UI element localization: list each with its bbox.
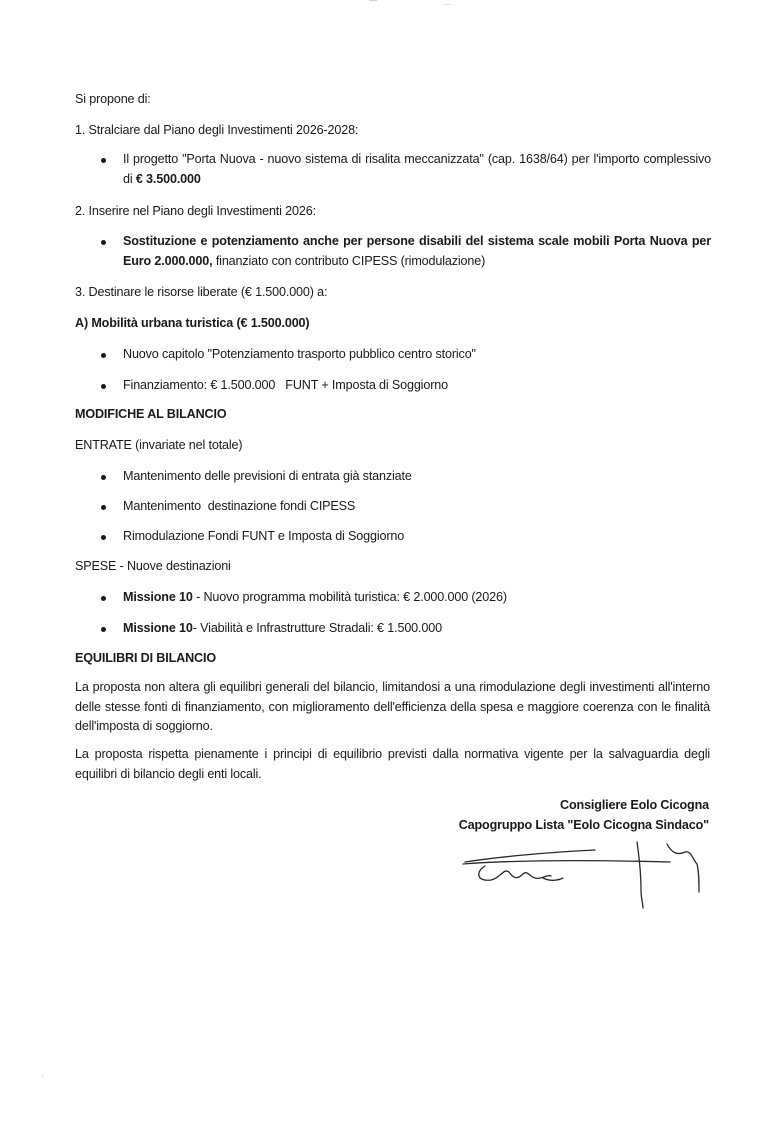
bullet-icon (101, 384, 106, 389)
handwritten-signature-icon (455, 838, 715, 913)
entrate-bullet-2: Mantenimento destinazione fondi CIPESS (123, 498, 355, 514)
bullet-icon (101, 240, 106, 245)
equilibri-heading: EQUILIBRI DI BILANCIO (75, 650, 216, 666)
entrate-label: ENTRATE (invariate nel totale) (75, 437, 242, 453)
section-1-bullet-text: Il progetto "Porta Nuova - nuovo sistema… (123, 152, 711, 186)
section-2-bullet: Sostituzione e potenziamento anche per p… (123, 232, 711, 271)
entrate-bullet-3: Rimodulazione Fondi FUNT e Imposta di So… (123, 528, 404, 544)
section-3-heading: 3. Destinare le risorse liberate (€ 1.50… (75, 284, 327, 300)
section-1-bullet-amount: € 3.500.000 (136, 172, 201, 186)
bullet-icon (101, 475, 106, 480)
spese-bullet-2-mission: Missione 10 (123, 621, 193, 635)
scan-artifact (369, 0, 377, 1)
section-1-heading: 1. Stralciare dal Piano degli Investimen… (75, 122, 358, 138)
paragraph-text: La proposta rispetta pienamente i princi… (75, 745, 710, 784)
modifiche-heading: MODIFICHE AL BILANCIO (75, 406, 226, 422)
bullet-icon (101, 627, 106, 632)
entrate-bullet-1: Mantenimento delle previsioni di entrata… (123, 468, 412, 484)
signatory-name: Consigliere Eolo Cicogna (560, 795, 709, 815)
spese-bullet-1-mission: Missione 10 (123, 590, 193, 604)
section-2-heading: 2. Inserire nel Piano degli Investimenti… (75, 203, 316, 219)
equilibri-paragraph-1: La proposta non altera gli equilibri gen… (75, 678, 710, 737)
section-a-bullet-2: Finanziamento: € 1.500.000 FUNT + Impost… (123, 377, 448, 393)
bullet-icon (101, 535, 106, 540)
bullet-icon (101, 505, 106, 510)
section-1-bullet: Il progetto "Porta Nuova - nuovo sistema… (123, 150, 711, 189)
spese-bullet-2-text: - Viabilità e Infrastrutture Stradali: €… (193, 621, 442, 635)
bullet-icon (101, 353, 106, 358)
scan-artifact (443, 4, 451, 5)
spese-bullet-1: Missione 10 - Nuovo programma mobilità t… (123, 589, 507, 605)
section-a-bullet-1: Nuovo capitolo "Potenziamento trasporto … (123, 346, 476, 362)
section-a-heading: A) Mobilità urbana turistica (€ 1.500.00… (75, 315, 309, 331)
equilibri-paragraph-2: La proposta rispetta pienamente i princi… (75, 745, 710, 784)
scan-artifact (42, 1075, 43, 1076)
bullet-icon (101, 596, 106, 601)
section-2-bullet-text: finanziato con contributo CIPESS (rimodu… (212, 254, 485, 268)
spese-bullet-1-text: - Nuovo programma mobilità turistica: € … (193, 590, 507, 604)
intro-text: Si propone di: (75, 91, 151, 107)
bullet-icon (101, 158, 106, 163)
document-page: Si propone di: 1. Stralciare dal Piano d… (0, 0, 781, 1134)
paragraph-text: La proposta non altera gli equilibri gen… (75, 678, 710, 737)
signatory-role: Capogruppo Lista "Eolo Cicogna Sindaco" (459, 815, 709, 835)
spese-bullet-2: Missione 10- Viabilità e Infrastrutture … (123, 620, 442, 636)
spese-label: SPESE - Nuove destinazioni (75, 558, 231, 574)
